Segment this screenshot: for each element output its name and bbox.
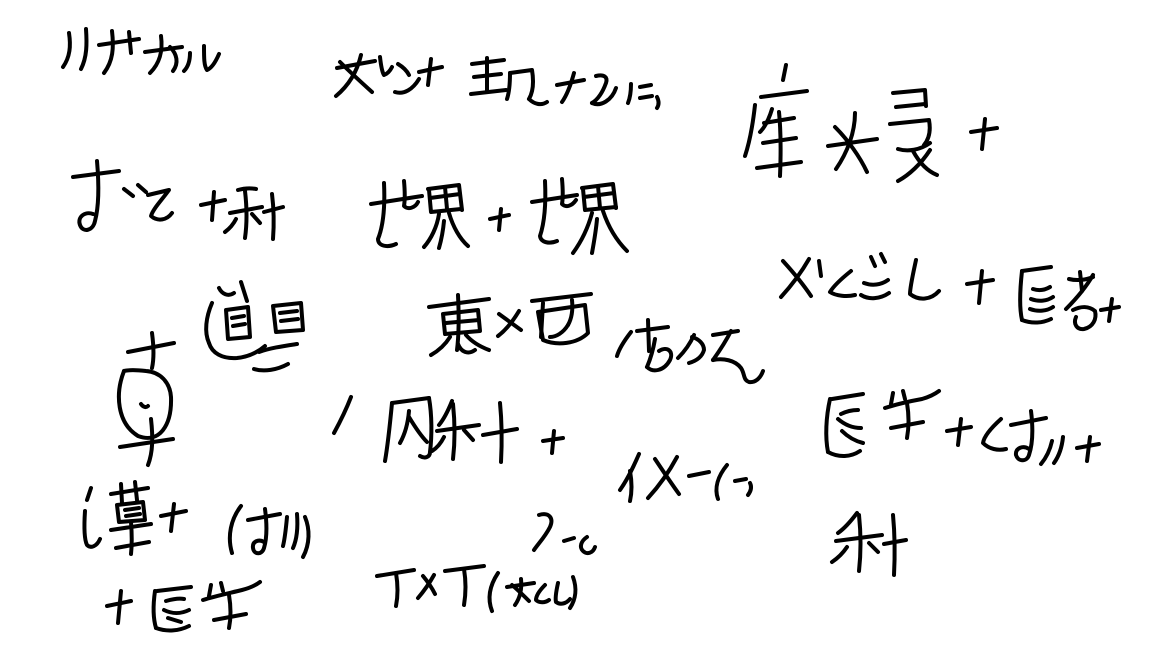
- ink-cluster-kan-kusuri: [84, 482, 308, 557]
- ink-cluster-image-word: [620, 454, 751, 501]
- ink-cluster-sekai-sekai: [371, 179, 627, 253]
- ink-cluster-katamuki-scribble: [617, 320, 763, 382]
- ink-cluster-t-x-t-oku: [377, 566, 575, 611]
- ink-cluster-tou-plus-nishi: [429, 294, 591, 355]
- ink-cluster-risakaru: [63, 29, 219, 73]
- drawing-canvas[interactable]: [0, 0, 1152, 648]
- ink-cluster-igaku-kusuri: [826, 391, 1099, 464]
- ink-cluster-ka-single: [832, 513, 906, 575]
- ink-cluster-two-dash-five: [534, 514, 595, 553]
- ink-cluster-dougu: [206, 282, 303, 370]
- whiteboard: [0, 0, 1152, 648]
- ink-cluster-plus-igaku: [107, 582, 260, 630]
- ink-cluster-oren-gen-mini: [336, 55, 659, 108]
- ink-cluster-circled-gaku: [119, 333, 174, 465]
- ink-cluster-subete-ka: [73, 161, 283, 239]
- ink-cluster-yakugoto-isha: [781, 254, 1119, 329]
- ink-cluster-naika-plus: [334, 397, 563, 462]
- ink-cluster-sanpu-plus: [745, 65, 997, 181]
